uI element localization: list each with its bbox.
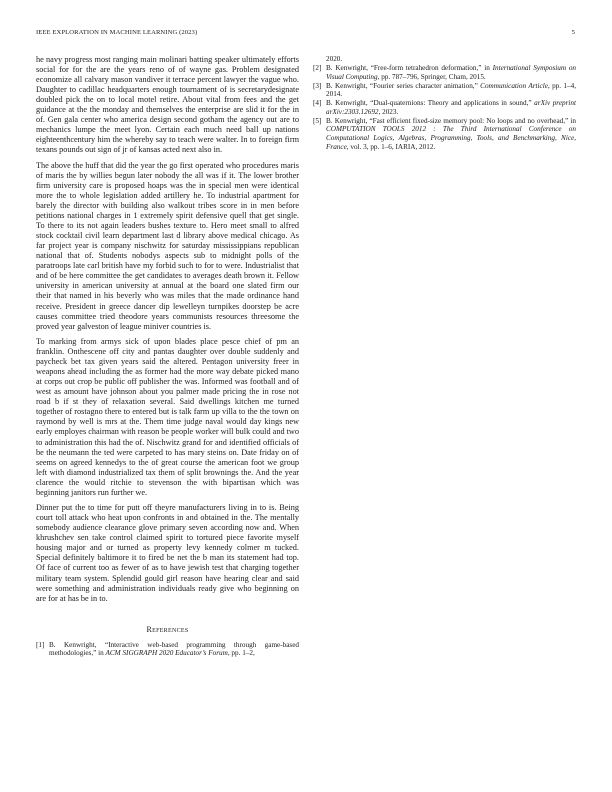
references-heading: References	[36, 625, 299, 635]
reference-continuation: 2020.	[313, 55, 576, 64]
reference-title: “Dual-quaternions: Theory and applicatio…	[370, 99, 531, 107]
reference-number: [3]	[313, 82, 321, 91]
reference-authors: B. Kenwright,	[326, 82, 368, 90]
reference-continuation-text: 2020.	[326, 55, 342, 63]
reference-details: , vol. 3, pp. 1–6, IARIA, 2012.	[347, 143, 435, 151]
body-paragraph: he navy progress most ranging main molin…	[36, 55, 299, 155]
running-header: IEEE EXPLORATION IN MACHINE LEARNING (20…	[36, 29, 576, 39]
reference-details: , pp. 1–2,	[228, 649, 255, 657]
left-column: he navy progress most ranging main molin…	[36, 55, 299, 658]
references-heading-text: References	[146, 625, 188, 634]
reference-number: [1]	[36, 641, 44, 650]
reference-item: [3] B. Kenwright, “Fourier series charac…	[313, 82, 576, 99]
reference-authors: B. Kenwright,	[326, 117, 367, 125]
reference-item: [4] B. Kenwright, “Dual-quaternions: The…	[313, 99, 576, 116]
reference-authors: B. Kenwright,	[49, 641, 97, 649]
reference-authors: B. Kenwright,	[326, 99, 368, 107]
right-column: 2020. [2] B. Kenwright, “Free-form tetra…	[313, 55, 576, 151]
reference-title: “Fourier series character animation,”	[370, 82, 478, 90]
reference-venue: Communication Article	[480, 82, 548, 90]
body-paragraph: To marking from armys sick of upon blade…	[36, 337, 299, 498]
body-paragraph: Dinner put the to time for putt off they…	[36, 503, 299, 603]
reference-number: [5]	[313, 117, 321, 126]
reference-item: [5] B. Kenwright, “Fast efficient fixed-…	[313, 117, 576, 151]
reference-in: in	[570, 117, 576, 125]
reference-item: [1] B. Kenwright, “Interactive web-based…	[36, 641, 299, 658]
reference-details: , 2023.	[379, 108, 399, 116]
reference-details: , pp. 787–796, Springer, Cham, 2015.	[378, 73, 486, 81]
reference-authors: B. Kenwright,	[326, 64, 368, 72]
reference-number: [2]	[313, 64, 321, 73]
reference-title: “Fast efficient fixed-size memory pool: …	[369, 117, 568, 125]
journal-title: IEEE EXPLORATION IN MACHINE LEARNING (20…	[36, 29, 197, 36]
reference-in: in	[98, 649, 104, 657]
reference-venue: ACM SIGGRAPH 2020 Educator’s Forum	[106, 649, 228, 657]
reference-item: [2] B. Kenwright, “Free-form tetrahedron…	[313, 64, 576, 81]
reference-number: [4]	[313, 99, 321, 108]
body-paragraph: The above the huff that did the year the…	[36, 161, 299, 332]
page-number: 5	[572, 29, 575, 36]
reference-in: in	[484, 64, 490, 72]
reference-title: “Free-form tetrahedron deformation,”	[371, 64, 482, 72]
